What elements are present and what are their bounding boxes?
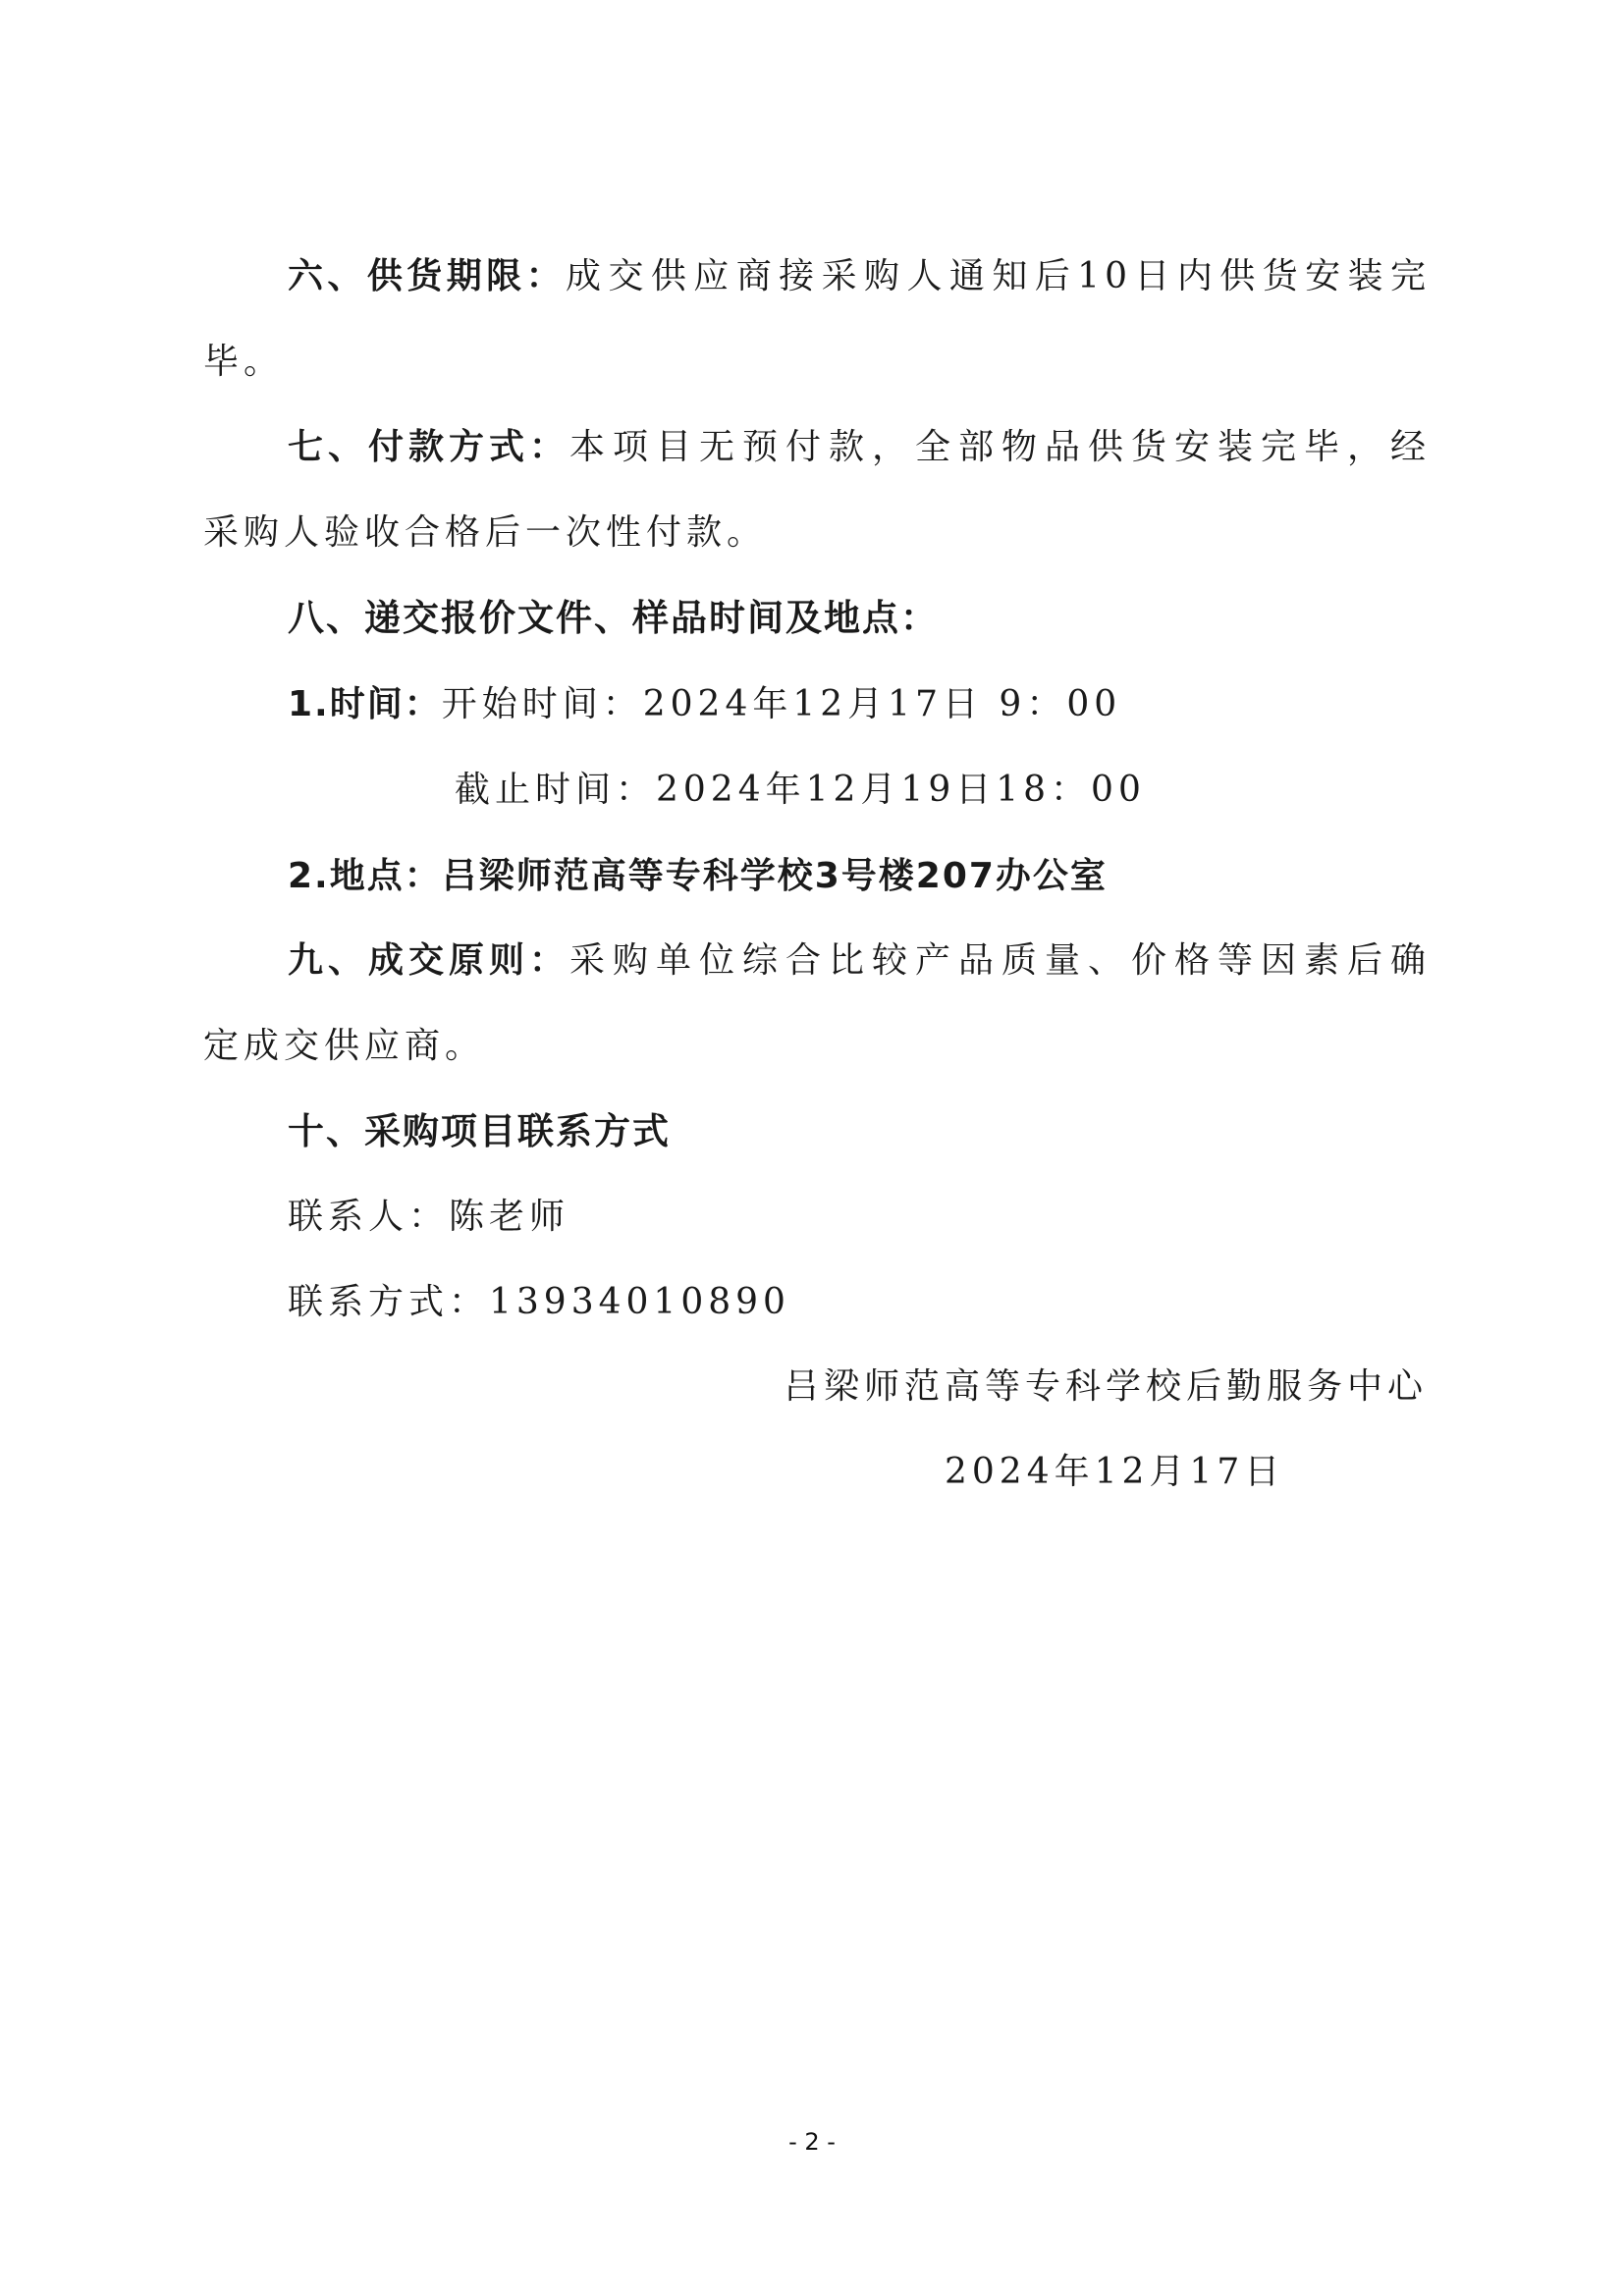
section-7-line-2: 采购人验收合格后一次性付款。 <box>203 490 1431 575</box>
section-9-heading: 九、成交原则： <box>288 940 569 981</box>
section-8-location: 2.地点：吕梁师范高等专科学校3号楼207办公室 <box>288 833 1431 919</box>
section-8-heading: 八、递交报价文件、样品时间及地点： <box>288 575 1431 661</box>
section-6-heading: 六、供货期限： <box>288 256 566 296</box>
section-7-heading: 七、付款方式： <box>288 427 569 467</box>
page-number: - 2 - <box>0 2128 1624 2156</box>
section-9-line-2: 定成交供应商。 <box>203 1003 1431 1089</box>
section-10-heading: 十、采购项目联系方式 <box>288 1089 1431 1174</box>
contact-phone: 联系方式：13934010890 <box>288 1259 1431 1345</box>
section-9-line-1: 九、成交原则：采购单位综合比较产品质量、价格等因素后确 <box>288 918 1431 1003</box>
document-page: 六、供货期限：成交供应商接采购人通知后10日内供货安装完 毕。 七、付款方式：本… <box>0 0 1624 2296</box>
section-8-time-start: 1.时间：开始时间：2024年12月17日 9：00 <box>288 662 1431 747</box>
section-8-time-end: 截止时间：2024年12月19日18：00 <box>455 747 1338 832</box>
section-6-line-1: 六、供货期限：成交供应商接采购人通知后10日内供货安装完 <box>288 234 1431 319</box>
section-7-line-1: 七、付款方式：本项目无预付款，全部物品供货安装完毕，经 <box>288 404 1431 490</box>
time-label: 1.时间： <box>288 684 442 724</box>
section-6-body: 成交供应商接采购人通知后10日内供货安装完 <box>566 256 1431 296</box>
signature-date: 2024年12月17日 <box>945 1429 1284 1515</box>
contact-person: 联系人：陈老师 <box>288 1174 1431 1259</box>
section-7-body: 本项目无预付款，全部物品供货安装完毕，经 <box>569 427 1431 467</box>
start-time: 开始时间：2024年12月17日 9：00 <box>442 684 1121 724</box>
signature-organization: 吕梁师范高等专科学校后勤服务中心 <box>784 1344 1428 1429</box>
section-6-line-2: 毕。 <box>203 319 1431 404</box>
section-9-body: 采购单位综合比较产品质量、价格等因素后确 <box>569 940 1431 981</box>
